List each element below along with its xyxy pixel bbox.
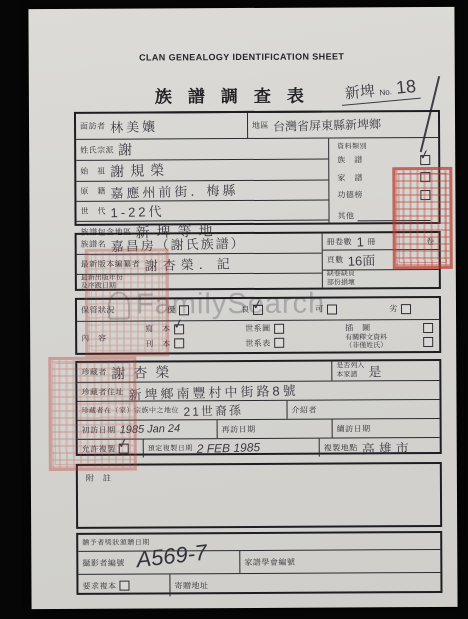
society-number-label: 家譜學會編號 xyxy=(244,556,295,567)
area-value: 台灣省屏東縣新埤鄉 xyxy=(273,115,381,135)
mailing-address-label: 寄贈地址 xyxy=(174,580,208,591)
copy-date-label: 預定複製日期 xyxy=(148,443,193,453)
surname-label: 姓氏宗派 xyxy=(80,144,114,155)
region-name: 新埤 xyxy=(344,83,375,103)
interviewer-value: 林美孃 xyxy=(109,116,157,136)
checkbox-pedigree-chart: 世系圖 xyxy=(245,323,345,335)
scanned-document-frame: CLAN GENEALOGY IDENTIFICATION SHEET 族譜調查… xyxy=(0,0,468,619)
copy-date-value: 2 FEB 1985 xyxy=(197,440,261,456)
checkbox-box xyxy=(174,324,184,334)
checkbox-box xyxy=(327,304,337,314)
address-value: 新埤鄉南豐村中街路8號 xyxy=(128,379,299,402)
number-value: 18 xyxy=(395,76,417,98)
origin-value: 嘉應州前街．梅縣 xyxy=(110,180,238,202)
interviewer-label: 面訪者 xyxy=(80,121,106,132)
checkbox-request-copy: 要求複本 xyxy=(82,580,129,591)
checkbox-box xyxy=(420,155,430,165)
area-label: 地區 xyxy=(252,120,269,131)
generations-label: 世 代 xyxy=(80,206,106,217)
clan-position-value: 21世裔孫 xyxy=(183,401,243,420)
volumes-value: 1 xyxy=(356,234,364,249)
listed-value: 是 xyxy=(368,361,382,380)
listed-label: 是否列入 xyxy=(336,362,364,371)
checkbox-illustrations: 插 圖 xyxy=(345,322,433,333)
checkbox-box xyxy=(274,338,284,348)
red-seal-stamp-faint xyxy=(85,248,170,356)
section-source-info: 面訪者 林美孃 地區 台灣省屏東縣新埤鄉 姓氏宗派 謝 始 祖 謝規榮 原 籍 xyxy=(74,110,441,226)
region-number-handwritten: 新埤 No. 18 xyxy=(340,76,421,106)
surname-value: 謝 xyxy=(118,139,133,159)
volumes-unit-ce: 冊 xyxy=(367,236,376,247)
founder-label: 始 祖 xyxy=(80,165,106,176)
checkbox-box xyxy=(179,305,189,315)
checkbox-genealogy-table: 世系表 xyxy=(245,334,345,351)
generations-value: 1-22代 xyxy=(110,201,165,221)
section-notes: 附 註 xyxy=(76,462,442,529)
other-label: 其他 xyxy=(337,210,354,221)
checkbox-box xyxy=(423,323,433,333)
genealogy-form-paper: CLAN GENEALOGY IDENTIFICATION SHEET 族譜調查… xyxy=(28,7,457,609)
checkbox-box xyxy=(253,304,263,314)
category-header: 資料類別 xyxy=(337,141,430,151)
english-title: CLAN GENEALOGY IDENTIFICATION SHEET xyxy=(29,51,455,63)
checkbox-box xyxy=(401,304,411,314)
second-visit-label: 再訪日期 xyxy=(222,423,256,434)
pages-label: 頁數 xyxy=(327,255,344,266)
section-admin: 贈予者獎狀頒贈日期 攝影者編號 家譜學會編號 要求複本 寄贈地址 xyxy=(76,531,442,595)
copy-place-value: 高雄市 xyxy=(361,437,412,457)
number-prefix: No. xyxy=(379,87,392,97)
checkbox-good: 良 xyxy=(241,304,263,315)
pages-value: 16面 xyxy=(348,250,376,270)
checkbox-poor: 劣 xyxy=(389,303,411,314)
red-seal-stamp-right xyxy=(392,167,453,269)
checkbox-text-materials: 有關釋文資料（非僅姓氏） xyxy=(345,334,433,351)
checkbox-excellent: 優 xyxy=(167,304,189,315)
copy-place-label: 複製地點 xyxy=(324,442,358,453)
checkbox-box xyxy=(174,339,184,349)
notes-label: 附 註 xyxy=(86,473,112,484)
founder-value: 謝規榮 xyxy=(110,160,171,182)
partial-damage-label: 部份損壞 xyxy=(327,279,355,288)
red-seal-stamp-left xyxy=(48,357,137,471)
checkbox-box xyxy=(274,324,284,334)
checkbox-box xyxy=(119,581,129,591)
checkbox-fair: 可 xyxy=(315,304,337,315)
checkbox-box xyxy=(423,337,433,347)
third-visit-label: 續訪日期 xyxy=(337,423,371,434)
photographer-number-label: 攝影者編號 xyxy=(82,557,125,568)
chinese-title: 族譜調查表 xyxy=(147,82,322,114)
missing-pages-label: 缺卷缺頁 xyxy=(327,271,355,280)
introducer-label: 介紹者 xyxy=(292,404,318,415)
origin-label: 原 籍 xyxy=(80,186,106,197)
volumes-label: 冊卷數 xyxy=(327,236,353,247)
